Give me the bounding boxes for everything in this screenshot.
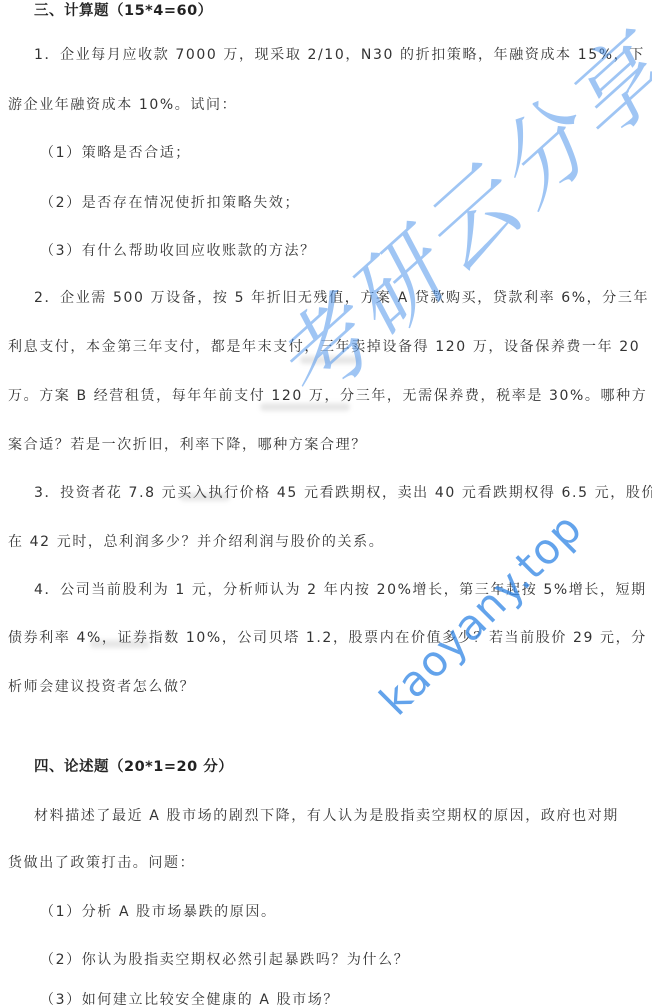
section-4-heading: 四、论述题（20*1=20 分） [34,757,233,777]
scan-smudge [300,356,360,364]
q2-line-2: 利息支付，本金第三年支付，都是年末支付，三年卖掉设备得 120 万，设备保养费一… [8,337,640,357]
q4-line-3: 析师会建议投资者怎么做？ [8,677,195,697]
section-3-heading: 三、计算题（15*4=60） [34,1,213,21]
watermark-chinese: 考研云分享 [240,2,652,428]
scan-smudge [90,640,150,648]
q3-line-2: 在 42 元时，总利润多少？并介绍利润与股价的关系。 [8,532,384,552]
essay-sub-1: （1）分析 A 股市场暴跌的原因。 [40,902,277,922]
q1-sub-3: （3）有什么帮助收回应收账款的方法？ [40,241,316,261]
scan-smudge [180,493,230,501]
q1-sub-1: （1）策略是否合适； [40,143,191,163]
q2-line-4: 案合适？若是一次折旧，利率下降，哪种方案合理？ [8,435,367,455]
essay-intro-line-2: 货做出了政策打击。问题： [8,853,195,873]
q3-line-1: 3．投资者花 7.8 元买入执行价格 45 元看跌期权，卖出 40 元看跌期权得… [34,483,652,503]
exam-page: 三、计算题（15*4=60） 1．企业每月应收款 7000 万，现采取 2/10… [0,0,652,1008]
essay-intro-line-1: 材料描述了最近 A 股市场的剧烈下降，有人认为是股指卖空期权的原因，政府也对期 [34,806,619,826]
q1-line-1: 1．企业每月应收款 7000 万，现采取 2/10，N30 的折扣策略，年融资成… [34,45,645,65]
scan-smudge [260,403,350,411]
essay-sub-3: （3）如何建立比较安全健康的 A 股市场？ [40,990,339,1008]
q2-line-1: 2．企业需 500 万设备，按 5 年折旧无残值，方案 A 贷款购买，贷款利率 … [34,288,649,308]
essay-sub-2: （2）你认为股指卖空期权必然引起暴跌吗？为什么？ [40,950,409,970]
q1-sub-2: （2）是否存在情况使折扣策略失效； [40,193,300,213]
q4-line-1: 4．公司当前股利为 1 元，分析师认为 2 年内按 20%增长，第三年起按 5%… [34,580,647,600]
watermark-url: kaoyany.top [370,503,592,725]
q1-line-2: 游企业年融资成本 10%。试问： [8,95,237,115]
